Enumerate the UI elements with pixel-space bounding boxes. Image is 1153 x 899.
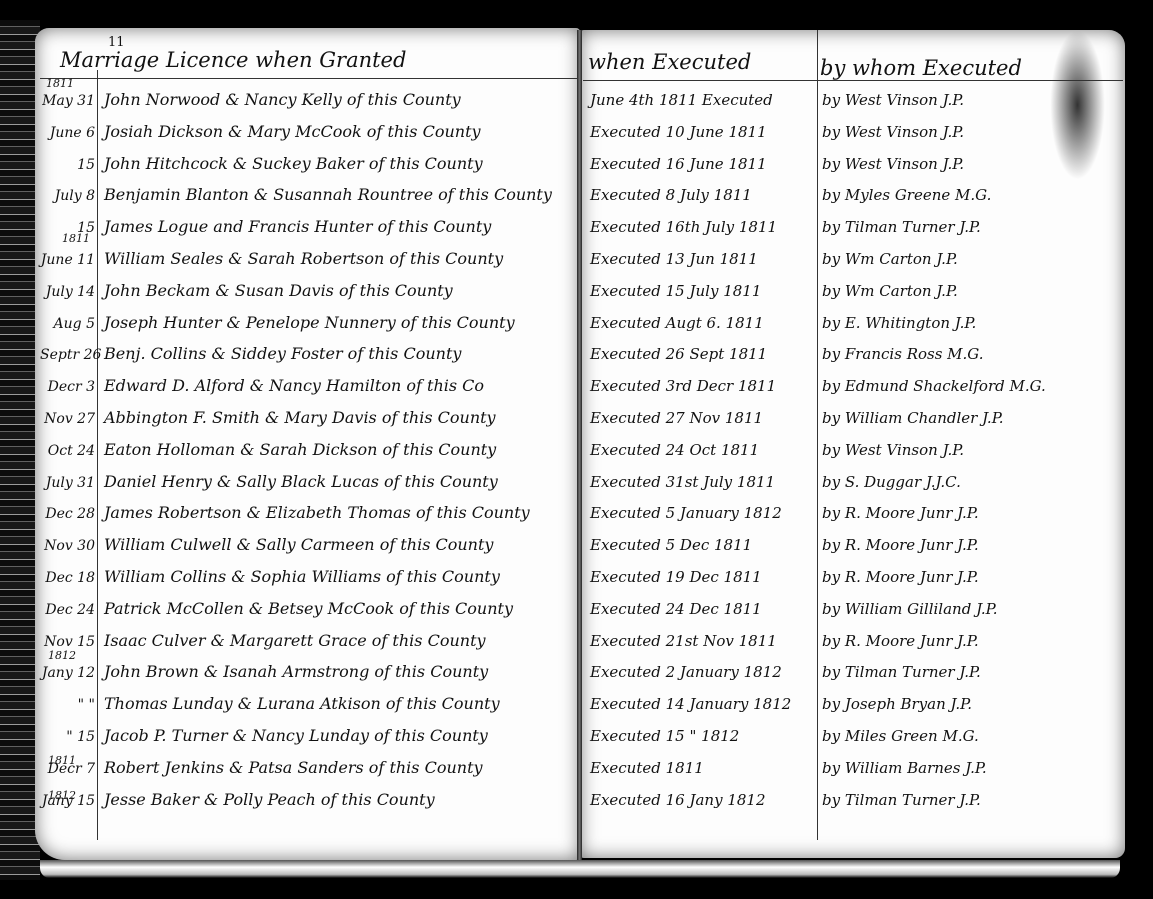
header-rule-left — [40, 78, 578, 79]
entry-couple-names: Jacob P. Turner & Nancy Lunday of this C… — [104, 728, 488, 744]
entry-couple-names: Thomas Lunday & Lurana Atkison of this C… — [104, 696, 500, 712]
entry-executed-date: Executed 13 Jun 1811 — [590, 252, 758, 267]
ledger-entry: July 8 Benjamin Blanton & Susannah Rount… — [0, 183, 1153, 213]
entry-executed-date: Executed 27 Nov 1811 — [590, 411, 763, 426]
entry-executed-date: Executed 8 July 1811 — [590, 188, 752, 203]
entry-license-date: Nov 30 — [40, 539, 95, 553]
ledger-entry: Jany 12 John Brown & Isanah Armstrong of… — [0, 660, 1153, 690]
entry-executed-date: Executed Augt 6. 1811 — [590, 316, 764, 331]
header-executed: when Executed — [588, 52, 751, 73]
header-by-whom: by whom Executed — [820, 58, 1022, 79]
entry-couple-names: John Brown & Isanah Armstrong of this Co… — [104, 664, 488, 680]
entry-executed-date: Executed 16th July 1811 — [590, 220, 777, 235]
entry-officiant: by West Vinson J.P. — [822, 157, 964, 172]
ledger-entry: " 15 Jacob P. Turner & Nancy Lunday of t… — [0, 724, 1153, 754]
ledger-entry: Dec 24 Patrick McCollen & Betsey McCook … — [0, 597, 1153, 627]
entry-license-date: Aug 5 — [40, 317, 95, 331]
entry-officiant: by William Barnes J.P. — [822, 761, 987, 776]
ledger-entry: Dec 28 James Robertson & Elizabeth Thoma… — [0, 501, 1153, 531]
entry-executed-date: Executed 19 Dec 1811 — [590, 570, 762, 585]
ledger-entry: July 31 Daniel Henry & Sally Black Lucas… — [0, 470, 1153, 500]
entry-couple-names: James Logue and Francis Hunter of this C… — [104, 219, 491, 235]
entry-executed-date: Executed 31st July 1811 — [590, 475, 775, 490]
entry-officiant: by Tilman Turner J.P. — [822, 793, 981, 808]
entry-license-date: Dec 24 — [40, 603, 95, 617]
entry-executed-date: Executed 15 July 1811 — [590, 284, 761, 299]
header-granted: Marriage Licence when Granted — [60, 50, 406, 71]
entry-couple-names: John Norwood & Nancy Kelly of this Count… — [104, 92, 461, 108]
entry-license-date: 15 — [40, 221, 95, 235]
ledger-entry: Decr 7 Robert Jenkins & Patsa Sanders of… — [0, 756, 1153, 786]
entry-executed-date: Executed 3rd Decr 1811 — [590, 379, 776, 394]
entry-couple-names: Joseph Hunter & Penelope Nunnery of this… — [104, 315, 515, 331]
ledger-entry: July 14 John Beckam & Susan Davis of thi… — [0, 279, 1153, 309]
entry-executed-date: Executed 5 Dec 1811 — [590, 538, 752, 553]
entry-license-date: " 15 — [40, 730, 95, 744]
ledger-entry: Nov 27 Abbington F. Smith & Mary Davis o… — [0, 406, 1153, 436]
header-rule-right — [583, 80, 1123, 81]
entry-officiant: by Tilman Turner J.P. — [822, 665, 981, 680]
entry-officiant: by Francis Ross M.G. — [822, 347, 984, 362]
ledger-entry: Dec 18 William Collins & Sophia Williams… — [0, 565, 1153, 595]
entry-license-date: Dec 28 — [40, 507, 95, 521]
entry-officiant: by Edmund Shackelford M.G. — [822, 379, 1046, 394]
entry-couple-names: John Beckam & Susan Davis of this County — [104, 283, 453, 299]
entry-executed-date: June 4th 1811 Executed — [590, 93, 773, 108]
entry-couple-names: Abbington F. Smith & Mary Davis of this … — [104, 410, 496, 426]
ledger-entry: Jany 15 Jesse Baker & Polly Peach of thi… — [0, 788, 1153, 818]
entry-license-date: Jany 12 — [40, 666, 95, 680]
entry-license-date: Nov 27 — [40, 412, 95, 426]
ledger-entry: Oct 24 Eaton Holloman & Sarah Dickson of… — [0, 438, 1153, 468]
entry-couple-names: James Robertson & Elizabeth Thomas of th… — [104, 505, 530, 521]
ledger-entry: Decr 3 Edward D. Alford & Nancy Hamilton… — [0, 374, 1153, 404]
ledger-entry: June 6 Josiah Dickson & Mary McCook of t… — [0, 120, 1153, 150]
entry-license-date: July 14 — [40, 285, 95, 299]
entry-license-date: June 6 — [40, 126, 95, 140]
ledger-scan: 11 Marriage Licence when Granted when Ex… — [0, 0, 1153, 899]
entry-license-date: " " — [40, 698, 95, 712]
entry-executed-date: Executed 14 January 1812 — [590, 697, 791, 712]
entry-officiant: by West Vinson J.P. — [822, 93, 964, 108]
entry-officiant: by Miles Green M.G. — [822, 729, 979, 744]
entry-executed-date: Executed 10 June 1811 — [590, 125, 767, 140]
entry-executed-date: Executed 21st Nov 1811 — [590, 634, 777, 649]
ledger-entry: Aug 5 Joseph Hunter & Penelope Nunnery o… — [0, 311, 1153, 341]
entry-license-date: Decr 7 — [40, 762, 95, 776]
entry-executed-date: Executed 16 June 1811 — [590, 157, 767, 172]
entry-executed-date: Executed 1811 — [590, 761, 704, 776]
entry-license-date: July 8 — [40, 189, 95, 203]
ledger-entry: Septr 26 Benj. Collins & Siddey Foster o… — [0, 342, 1153, 372]
entry-officiant: by Tilman Turner J.P. — [822, 220, 981, 235]
entry-couple-names: William Culwell & Sally Carmeen of this … — [104, 537, 493, 553]
entry-couple-names: John Hitchcock & Suckey Baker of this Co… — [104, 156, 483, 172]
entry-license-date: June 11 — [40, 253, 95, 267]
entry-executed-date: Executed 2 January 1812 — [590, 665, 782, 680]
entry-license-date: 15 — [40, 158, 95, 172]
ledger-entry: " " Thomas Lunday & Lurana Atkison of th… — [0, 692, 1153, 722]
ledger-entry: 15 John Hitchcock & Suckey Baker of this… — [0, 152, 1153, 182]
entry-officiant: by R. Moore Junr J.P. — [822, 538, 979, 553]
entry-couple-names: William Collins & Sophia Williams of thi… — [104, 569, 500, 585]
entry-license-date: Dec 18 — [40, 571, 95, 585]
entry-officiant: by William Chandler J.P. — [822, 411, 1004, 426]
entry-officiant: by R. Moore Junr J.P. — [822, 506, 979, 521]
entry-couple-names: Eaton Holloman & Sarah Dickson of this C… — [104, 442, 496, 458]
entry-license-date: Jany 15 — [40, 794, 95, 808]
entry-executed-date: Executed 5 January 1812 — [590, 506, 782, 521]
entry-executed-date: Executed 26 Sept 1811 — [590, 347, 767, 362]
entry-executed-date: Executed 24 Dec 1811 — [590, 602, 762, 617]
entry-couple-names: Jesse Baker & Polly Peach of this County — [104, 792, 435, 808]
entry-officiant: by S. Duggar J.J.C. — [822, 475, 961, 490]
entry-officiant: by R. Moore Junr J.P. — [822, 570, 979, 585]
entry-officiant: by Wm Carton J.P. — [822, 252, 958, 267]
entry-officiant: by West Vinson J.P. — [822, 125, 964, 140]
book-bottom-edge — [40, 860, 1120, 878]
entry-couple-names: William Seales & Sarah Robertson of this… — [104, 251, 503, 267]
entry-officiant: by William Gilliland J.P. — [822, 602, 998, 617]
entry-officiant: by Myles Greene M.G. — [822, 188, 991, 203]
entry-officiant: by West Vinson J.P. — [822, 443, 964, 458]
ledger-entry: 15 James Logue and Francis Hunter of thi… — [0, 215, 1153, 245]
entry-license-date: Decr 3 — [40, 380, 95, 394]
entry-officiant: by Wm Carton J.P. — [822, 284, 958, 299]
entry-license-date: Nov 15 — [40, 635, 95, 649]
entry-license-date: May 31 — [40, 94, 95, 108]
entry-officiant: by Joseph Bryan J.P. — [822, 697, 972, 712]
entry-license-date: Oct 24 — [40, 444, 95, 458]
entry-officiant: by R. Moore Junr J.P. — [822, 634, 979, 649]
entry-license-date: Septr 26 — [40, 348, 95, 362]
entry-couple-names: Daniel Henry & Sally Black Lucas of this… — [104, 474, 498, 490]
ledger-entry: June 11 William Seales & Sarah Robertson… — [0, 247, 1153, 277]
ledger-entry: May 31 John Norwood & Nancy Kelly of thi… — [0, 88, 1153, 118]
entry-couple-names: Isaac Culver & Margarett Grace of this C… — [104, 633, 486, 649]
entry-couple-names: Benjamin Blanton & Susannah Rountree of … — [104, 187, 552, 203]
entry-couple-names: Patrick McCollen & Betsey McCook of this… — [104, 601, 513, 617]
entry-couple-names: Robert Jenkins & Patsa Sanders of this C… — [104, 760, 483, 776]
entry-executed-date: Executed 16 Jany 1812 — [590, 793, 766, 808]
entry-couple-names: Benj. Collins & Siddey Foster of this Co… — [104, 346, 461, 362]
entry-couple-names: Josiah Dickson & Mary McCook of this Cou… — [104, 124, 481, 140]
ledger-entry: Nov 15 Isaac Culver & Margarett Grace of… — [0, 629, 1153, 659]
entry-officiant: by E. Whitington J.P. — [822, 316, 976, 331]
entry-executed-date: Executed 24 Oct 1811 — [590, 443, 759, 458]
entry-couple-names: Edward D. Alford & Nancy Hamilton of thi… — [104, 378, 484, 394]
ledger-entry: Nov 30 William Culwell & Sally Carmeen o… — [0, 533, 1153, 563]
entry-license-date: July 31 — [40, 476, 95, 490]
entry-executed-date: Executed 15 " 1812 — [590, 729, 739, 744]
